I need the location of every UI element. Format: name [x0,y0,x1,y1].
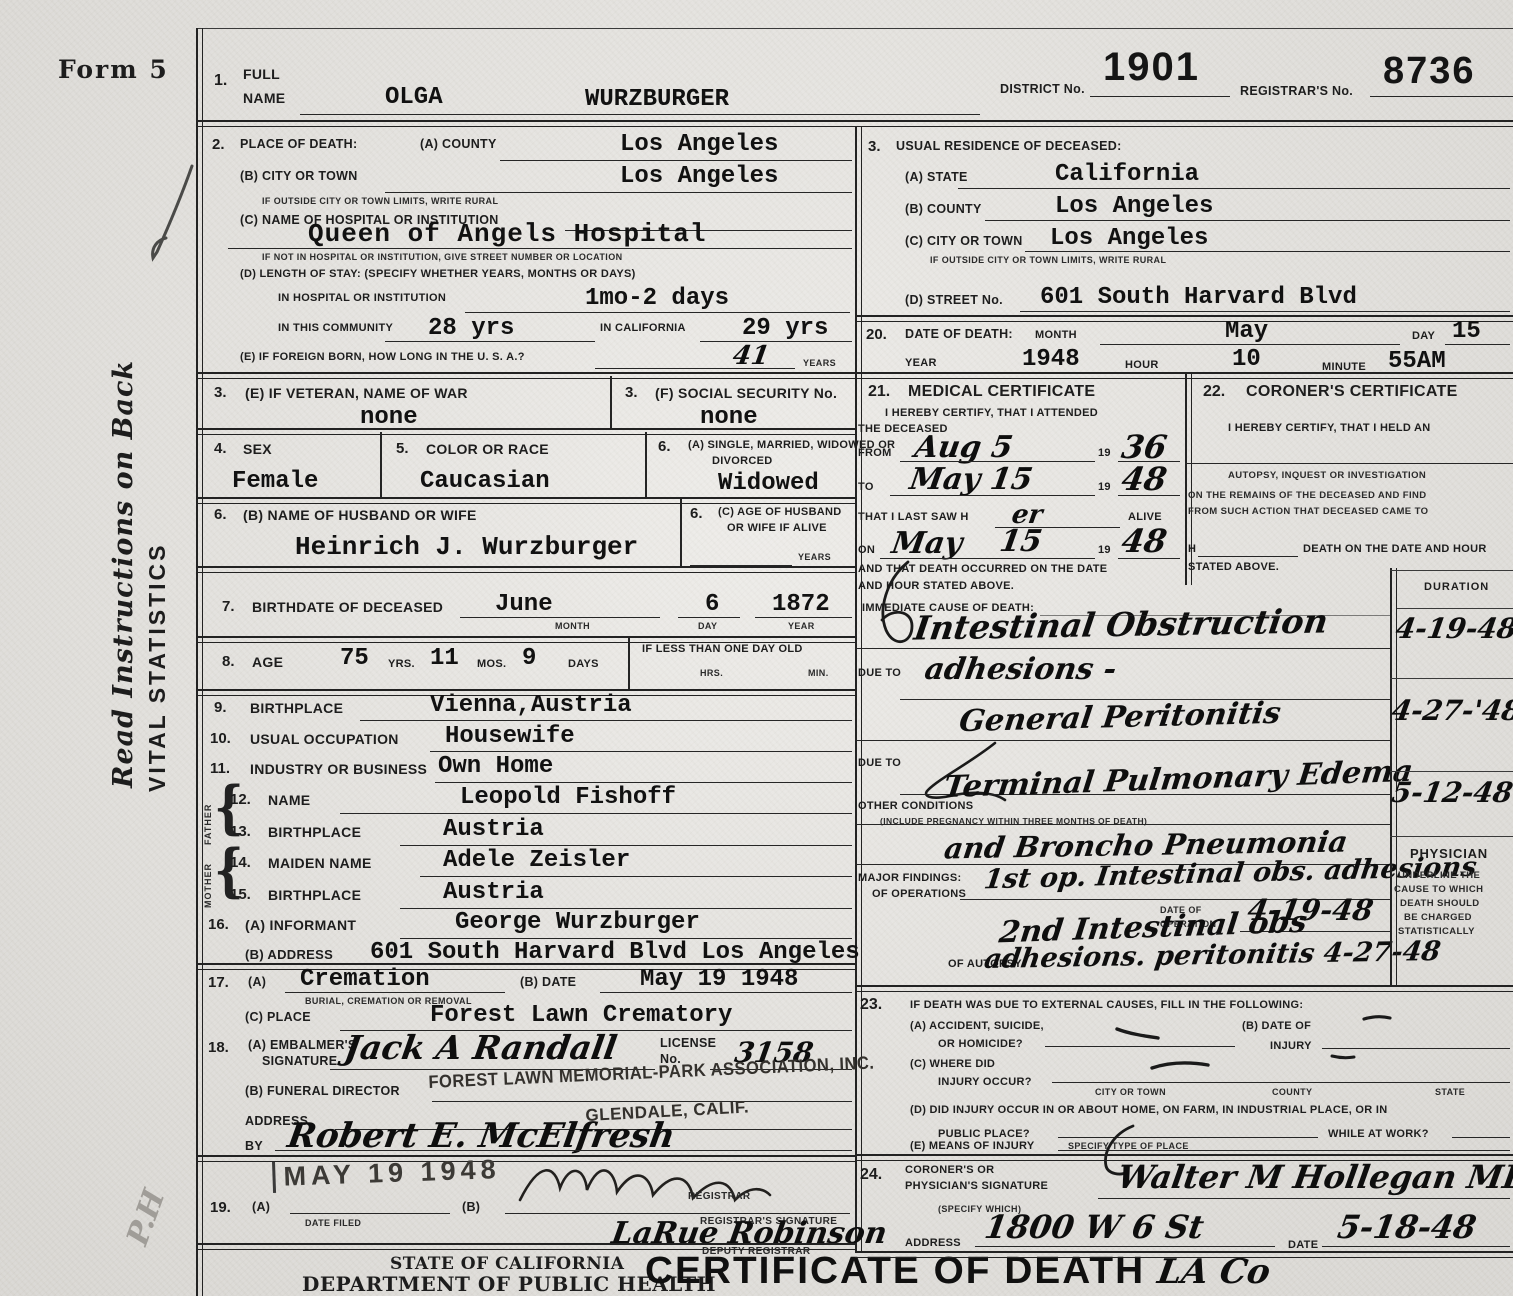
field-3f-number: 3. [625,384,638,401]
rule [1452,1137,1510,1138]
field-23-number: 23. [860,996,882,1014]
field-18-number: 18. [208,1039,229,1056]
registrar-signature-scribble [515,1150,775,1212]
mother-maiden-label: MAIDEN NAME [268,855,372,871]
stay-hospital-value: 1mo-2 days [585,285,729,312]
registrar-no-label: REGISTRAR'S No. [1240,84,1353,98]
handwritten-dash [1330,1052,1356,1060]
field-2-number: 2. [212,136,225,153]
death-certificate-document: Form 5 Read Instructions on Back VITAL S… [0,0,1513,1296]
rule [290,1213,450,1214]
spouse-age-label-line1: (C) AGE OF HUSBAND [718,506,842,518]
disposition-b-label: (B) DATE [520,975,576,989]
physician-title: PHYSICIAN [1410,846,1488,861]
field-3-number: 3. [868,138,881,155]
coroner-certificate-title: CORONER'S CERTIFICATE [1246,383,1458,401]
registrar-no-value: 8736 [1383,50,1476,93]
length-of-stay-label: (D) LENGTH OF STAY: (SPECIFY WHETHER YEA… [240,268,636,280]
ec-c-col1: CITY OR TOWN [1095,1087,1166,1097]
field-7-number: 7. [222,598,235,615]
rule [1445,344,1510,345]
rule [1322,1246,1510,1247]
month-label: MONTH [1035,329,1077,341]
cc-stated-line: STATED ABOVE. [1188,561,1279,573]
industry-label: INDUSTRY OR BUSINESS [250,761,427,777]
immediate-duration-value: 4-19-48 [1393,612,1513,645]
residence-state-value: California [1055,161,1199,188]
margin-instructions-vertical: Read Instructions on Back [108,360,139,788]
mother-bracket-label: MOTHER [203,863,213,908]
cc-remains-line1: ON THE REMAINS OF THE DECEASED AND FIND [1188,490,1427,501]
physician-note-line4: BE CHARGED [1404,912,1472,923]
registrar-label: REGISTRAR [688,1191,751,1202]
age-years-value: 75 [340,645,369,672]
footer-state: STATE OF CALIFORNIA [390,1254,624,1274]
birthplace-value: Vienna,Austria [430,692,632,719]
sex-label: SEX [243,441,272,457]
spouse-age-suffix: YEARS [798,552,831,562]
field-10-number: 10. [210,730,231,747]
mc-from-year-prefix: 19 [1098,447,1111,459]
rule [958,188,1510,189]
disposition-c-label: (C) PLACE [245,1010,311,1024]
mother-maiden-value: Adele Zeisler [443,847,630,874]
marital-label-line2: DIVORCED [712,455,772,467]
rule [432,1101,852,1102]
birthdate-day-value: 6 [705,591,719,618]
mc-on-day: 15 [997,524,1044,559]
rule [1118,495,1180,496]
field-17-number: 17. [208,974,229,991]
rule [228,248,852,249]
rule [855,648,1390,649]
rule [340,813,852,814]
residence-state-label: (A) STATE [905,170,968,184]
stay-hospital-label: IN HOSPITAL OR INSTITUTION [278,292,446,304]
handwritten-dash [1150,1058,1210,1072]
rule [385,192,852,193]
cc-h-label: H [1188,543,1196,555]
county-handwritten-note: LA Co [1155,1252,1273,1292]
ssn-value: none [700,404,758,431]
month-value: May [1225,318,1268,345]
first-name-value: OLGA [385,84,443,111]
rule [435,782,852,783]
name-label: NAME [243,90,285,106]
field-15-number: 15. [230,886,251,903]
residence-city-label: (C) CITY OR TOWN [905,234,1023,248]
due-to-1-value2: General Peritonitis [957,696,1283,739]
checkmark-pen-stroke [140,160,200,270]
physician-signature: Walter M Hollegan MD [1115,1158,1513,1196]
field-20-number: 20. [866,326,887,343]
rule [1025,251,1510,252]
rule [1370,96,1513,97]
age-months-label: MOS. [477,658,506,670]
embalmer-signature: Jack A Randall [342,1028,620,1067]
residence-city-note: IF OUTSIDE CITY OR TOWN LIMITS, WRITE RU… [930,255,1166,265]
city-value: Los Angeles [620,163,778,190]
date-filed-stamp: MAY 19 1948 [272,1154,501,1193]
physician-note-line1: UNDERLINE THE [1398,870,1480,881]
mother-birthplace-value: Austria [443,879,544,906]
embalmer-label-line1: (A) EMBALMER'S [248,1038,357,1052]
rule [1322,1048,1510,1049]
rule [430,751,852,752]
field-5-number: 5. [396,440,409,457]
rule [1045,1046,1235,1047]
stay-community-value: 28 yrs [428,315,514,342]
handwritten-dash [1115,1026,1160,1040]
handwritten-dash [1362,1014,1392,1022]
street-label: (D) STREET No. [905,293,1003,307]
birthdate-label: BIRTHDATE OF DECEASED [252,599,443,615]
mc-on-month: May [889,526,965,561]
rule [628,638,630,689]
foreign-born-suffix: YEARS [803,358,836,368]
pc-address-label: ADDRESS [905,1237,961,1249]
physician-note-line3: DEATH SHOULD [1400,898,1480,909]
cc-remains-line2: FROM SUCH ACTION THAT DECEASED CAME TO [1188,506,1428,517]
district-no-label: DISTRICT No. [1000,82,1085,96]
field-6c-number: 6. [690,505,703,522]
other-conditions-value: Terminal Pulmonary Edema [942,754,1415,805]
disposition-a-value: Cremation [300,966,430,993]
ec-c-label-line1: (C) WHERE DID [910,1058,995,1070]
rule [855,1251,1513,1258]
mc-on-year: 48 [1119,522,1170,560]
due1-duration-value: 4-27-'48 [1389,694,1513,727]
field-16-number: 16. [208,916,229,933]
ec-c-col3: STATE [1435,1087,1465,1097]
license-label-line1: LICENSE [660,1036,716,1050]
last-name-value: WURZBURGER [585,86,729,113]
rule [420,876,852,877]
field-8-number: 8. [222,653,235,670]
physician-note-line2: CAUSE TO WHICH [1394,884,1483,895]
due-to-1-label: DUE TO [858,667,901,679]
center-divider [855,126,862,1252]
pc-address-value: 1800 W 6 St [982,1208,1207,1246]
rule [680,499,682,566]
field-4-number: 4. [214,440,227,457]
field-3e-number: 3. [214,384,227,401]
hour-label: HOUR [1125,359,1159,371]
mc-saw-label: THAT I LAST SAW H [858,511,969,523]
field-19-number: 19. [210,1199,231,1216]
hospital-value: Queen of Angels Hospital [308,219,706,249]
due-to-1-value: adhesions - [922,652,1119,687]
stay-community-label: IN THIS COMMUNITY [278,322,393,334]
sex-value: Female [232,468,318,495]
external-causes-title: IF DEATH WAS DUE TO EXTERNAL CAUSES, FIL… [910,999,1303,1011]
informant-address-label: (B) ADDRESS [245,947,333,962]
rule [1390,678,1513,679]
spouse-label: (B) NAME OF HUSBAND OR WIFE [243,507,477,523]
min-label: MIN. [808,668,829,678]
rule [595,368,795,369]
mc-to-label: TO [858,481,874,493]
duration-header: DURATION [1424,581,1489,593]
major-findings-label-line2: OF OPERATIONS [872,888,966,900]
rule [300,114,980,115]
rule [500,160,852,161]
residence-title: USUAL RESIDENCE OF DECEASED: [896,139,1122,153]
ec-a-label-line2: OR HOMICIDE? [938,1038,1023,1050]
spouse-value: Heinrich J. Wurzburger [295,532,638,562]
medical-certificate-title: MEDICAL CERTIFICATE [908,383,1095,401]
marital-value: Widowed [718,470,819,497]
cc-certify-line: I HEREBY CERTIFY, THAT I HELD AN [1228,422,1431,434]
embalmer-label-line2: SIGNATURE [262,1054,337,1068]
rule [1390,570,1513,571]
birthdate-day-label: DAY [698,621,717,631]
father-name-label: NAME [268,792,310,808]
date-of-death-title: DATE OF DEATH: [905,327,1013,341]
birthdate-year-value: 1872 [772,591,830,618]
age-months-value: 11 [430,645,459,672]
other-duration-value: 5-12-48 [1389,776,1513,809]
disposition-c-value: Forest Lawn Crematory [430,1002,732,1029]
field-1-number: 1. [214,72,227,90]
hospital-note: IF NOT IN HOSPITAL OR INSTITUTION, GIVE … [262,252,623,262]
mc-from-value: Aug 5 [912,430,1015,465]
rule [1100,344,1400,345]
age-days-value: 9 [522,645,536,672]
rule [285,992,505,993]
full-label: FULL [243,66,280,82]
rule [855,985,1513,992]
rule [1090,96,1230,97]
ssn-label: (F) SOCIAL SECURITY No. [655,385,837,401]
rule [645,432,647,497]
rule [755,617,852,618]
district-no-value: 1901 [1103,45,1200,90]
ec-e-label: (E) MEANS OF INJURY [910,1140,1034,1152]
rule [1390,771,1513,772]
veteran-label: (E) IF VETERAN, NAME OF WAR [245,385,468,401]
spouse-age-label-line2: OR WIFE IF ALIVE [727,522,827,534]
ec-a-label-line1: (A) ACCIDENT, SUICIDE, [910,1020,1044,1032]
field-12-number: 12. [230,791,251,808]
pc-date-label: DATE [1288,1239,1318,1251]
age-days-label: DAYS [568,658,599,670]
mc-on-label: ON [858,544,875,556]
minute-value: 55AM [1388,348,1446,375]
rule [1397,608,1513,609]
pc-date-value: 5-18-48 [1335,1208,1479,1246]
ec-d2-label: PUBLIC PLACE? [938,1128,1030,1140]
industry-value: Own Home [438,753,553,780]
year-label: YEAR [905,357,937,369]
race-label: COLOR OR RACE [426,441,549,457]
street-value: 601 South Harvard Blvd [1040,284,1357,311]
mc-to-year: 48 [1119,460,1170,498]
stay-california-value: 29 yrs [742,315,828,342]
physician-note-line5: STATISTICALLY [1398,926,1475,937]
rule [465,312,850,313]
form-number-label: Form 5 [58,55,169,84]
county-label: (A) COUNTY [420,137,497,151]
informant-value: George Wurzburger [455,909,700,936]
foreign-born-value: 41 [731,341,772,371]
ec-c-col2: COUNTY [1272,1087,1312,1097]
informant-address-value: 601 South Harvard Blvd Los Angeles [370,939,860,966]
occupation-label: USUAL OCCUPATION [250,731,399,747]
rule [1058,1137,1318,1138]
place-of-death-title: PLACE OF DEATH: [240,137,357,151]
funeral-director-label: (B) FUNERAL DIRECTOR [245,1084,400,1098]
ec-b-label-line2: INJURY [1270,1040,1312,1052]
ec-d3-label: WHILE AT WORK? [1328,1128,1429,1140]
pc-label-line1: CORONER'S OR [905,1164,994,1176]
disposition-b-value: May 19 1948 [640,966,798,993]
ec-c-label-line2: INJURY OCCUR? [938,1076,1032,1088]
mc-to-value: May 15 [907,462,1035,497]
rule [890,495,1095,496]
pc-label-line2: PHYSICIAN'S SIGNATURE [905,1180,1048,1192]
rule [380,432,382,497]
rule [196,372,1513,379]
rule [360,720,852,721]
mother-birthplace-label: BIRTHPLACE [268,887,361,903]
rule [460,617,660,618]
residence-county-value: Los Angeles [1055,193,1213,220]
year-value: 1948 [1022,346,1080,373]
foreign-born-label: (E) IF FOREIGN BORN, HOW LONG IN THE U. … [240,351,525,363]
father-name-value: Leopold Fishoff [460,784,676,811]
rule [985,220,1510,221]
mc-to-year-prefix: 19 [1098,481,1111,493]
hrs-label: HRS. [700,668,723,678]
field-14-number: 14. [230,854,251,871]
rule [1118,558,1180,559]
field-21-number: 21. [868,383,890,401]
occupation-value: Housewife [445,723,575,750]
rule [1185,463,1513,464]
pencil-scribble: P.H [120,1185,172,1250]
rule [505,1213,850,1214]
father-bracket-label: FATHER [203,804,213,845]
other-conditions-label: OTHER CONDITIONS [858,800,973,812]
rule [385,341,595,342]
rule [700,341,852,342]
margin-title-vertical: VITAL STATISTICS [144,543,171,792]
ec-d-label: (D) DID INJURY OCCUR IN OR ABOUT HOME, O… [910,1104,1388,1116]
city-label: (B) CITY OR TOWN [240,169,358,183]
rule [196,28,1513,29]
rule [196,428,855,435]
field-6a-number: 6. [658,438,671,455]
due-to-2-label: DUE TO [858,757,901,769]
father-birthplace-value: Austria [443,816,544,843]
mc-on-year-prefix: 19 [1098,544,1111,556]
rule [600,992,852,993]
by-label: BY [245,1139,263,1153]
day-value: 15 [1452,318,1481,345]
rule [1390,836,1513,837]
informant-label: (A) INFORMANT [245,917,356,933]
rule [400,845,852,846]
filing-b-label: (B) [462,1200,480,1214]
form-left-border [196,28,203,1296]
birthdate-month-value: June [495,591,553,618]
residence-city-value: Los Angeles [1050,225,1208,252]
autopsy-value2: adhesions. peritonitis 4-27-48 [982,936,1442,975]
rule [880,558,1095,559]
city-note: IF OUTSIDE CITY OR TOWN LIMITS, WRITE RU… [262,196,498,206]
filing-a-label: (A) [252,1200,270,1214]
rule [1098,1198,1510,1199]
rule [975,1246,1275,1247]
birthdate-year-label: YEAR [788,621,815,631]
race-value: Caucasian [420,468,550,495]
rule [1020,311,1510,312]
cc-death-line: DEATH ON THE DATE AND HOUR [1303,543,1487,555]
immediate-cause-value: Intestinal Obstruction [912,601,1331,647]
father-birthplace-label: BIRTHPLACE [268,824,361,840]
field-6b-number: 6. [214,506,227,523]
rule [196,566,855,573]
less-than-day-title: IF LESS THAN ONE DAY OLD [642,643,803,655]
rule [1040,615,1390,616]
hour-value: 10 [1232,346,1261,373]
rule [678,617,740,618]
minute-label: MINUTE [1322,361,1366,373]
stay-california-label: IN CALIFORNIA [600,322,686,334]
rule [196,636,855,643]
rule [196,497,855,504]
county-value: Los Angeles [620,131,778,158]
field-22-number: 22. [1203,383,1225,401]
rule [610,376,612,428]
cc-autopsy-line: AUTOPSY, INQUEST OR INVESTIGATION [1228,470,1426,481]
day-label: DAY [1412,330,1435,342]
mc-certify-line1: I HEREBY CERTIFY, THAT I ATTENDED [885,407,1098,419]
birthplace-label: BIRTHPLACE [250,700,343,716]
veteran-value: none [360,404,418,431]
rule [1198,556,1298,557]
ec-b-label-line1: (B) DATE OF [1242,1020,1311,1032]
field-24-number: 24. [860,1166,882,1184]
disposition-a-label: (A) [248,975,266,989]
age-label: AGE [252,654,283,670]
major-findings-label-line1: MAJOR FINDINGS: [858,872,962,884]
birthdate-month-label: MONTH [555,621,590,631]
residence-county-label: (B) COUNTY [905,202,982,216]
rule [1052,1082,1510,1083]
field-9-number: 9. [214,699,227,716]
mc-from-label: FROM [858,447,892,459]
rule [855,315,1513,322]
age-years-label: YRS. [388,658,415,670]
date-filed-label: DATE FILED [305,1218,361,1228]
